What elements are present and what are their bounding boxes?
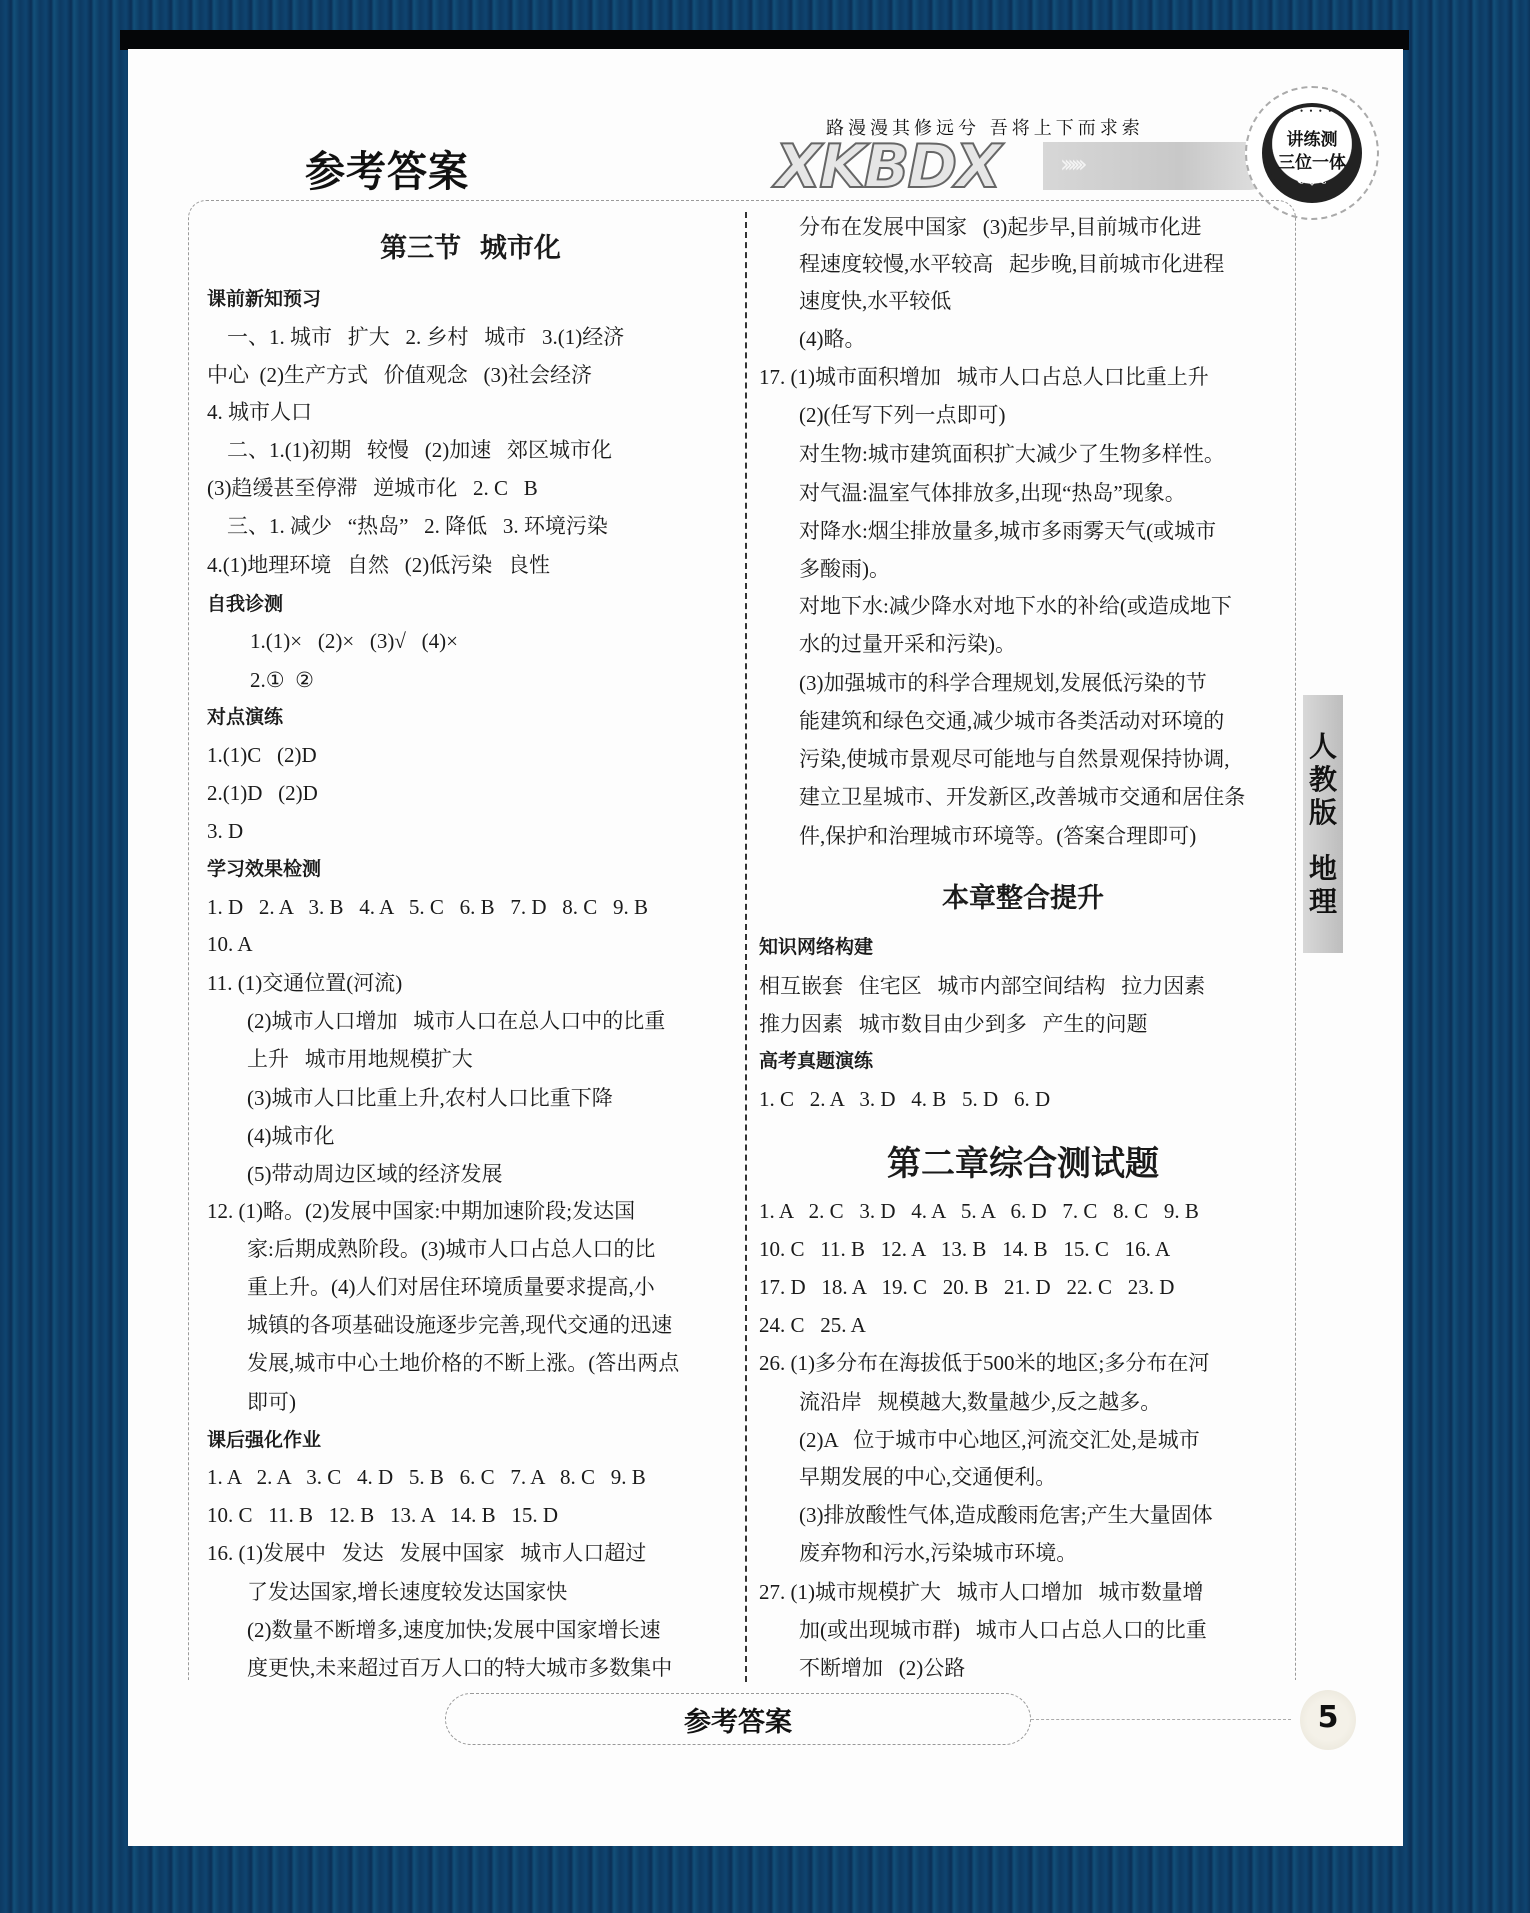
answer-line: 16. (1)发展中 发达 发展中国家 城市人口超过 <box>207 1539 646 1567</box>
answer-line: 度更快,未来超过百万人口的特大城市多数集中 <box>247 1654 672 1682</box>
answer-line: 多酸雨)。 <box>799 555 890 583</box>
page-number: 5 <box>1300 1700 1356 1735</box>
answer-line: 1. C 2. A 3. D 4. B 5. D 6. D <box>759 1085 1050 1113</box>
answer-line: (4)城市化 <box>247 1122 335 1150</box>
column-divider <box>745 212 747 1682</box>
answer-line: 4.(1)地理环境 自然 (2)低污染 良性 <box>207 551 550 579</box>
answer-line: 重上升。(4)人们对居住环境质量要求提高,小 <box>247 1273 655 1301</box>
answer-line: 12. (1)略。(2)发展中国家:中期加速阶段;发达国 <box>207 1197 635 1225</box>
answer-line: 加(或出现城市群) 城市人口占总人口的比重 <box>799 1616 1207 1644</box>
answer-line: 1.(1)× (2)× (3)√ (4)× <box>250 627 458 655</box>
answer-line: 1. A 2. C 3. D 4. A 5. A 6. D 7. C 8. C … <box>759 1197 1199 1225</box>
answer-line: 2.(1)D (2)D <box>207 779 318 807</box>
badge-text-line1: 讲练测 <box>1268 125 1356 150</box>
answer-line: 了发达国家,增长速度较发达国家快 <box>247 1578 567 1606</box>
answer-line: 3. D <box>207 817 243 845</box>
answer-line: 不断增加 (2)公路 <box>799 1654 965 1682</box>
answer-line: 能建筑和绿色交通,减少城市各类活动对环境的 <box>799 707 1224 735</box>
answer-line: (2)数量不断增多,速度加快;发展中国家增长速 <box>247 1616 661 1644</box>
badge-ornament-icon: ❦◇❦ <box>1268 172 1356 189</box>
answer-line: 一、1. 城市 扩大 2. 乡村 城市 3.(1)经济 <box>227 323 624 351</box>
answer-line: 城镇的各项基础设施逐步完善,现代交通的迅速 <box>247 1311 672 1339</box>
header-title: 参考答案 <box>305 139 469 199</box>
answer-line: 对地下水:减少降水对地下水的补给(或造成地下 <box>799 592 1232 620</box>
answer-line: 即可) <box>247 1388 296 1416</box>
answer-line: 中心 (2)生产方式 价值观念 (3)社会经济 <box>207 361 592 389</box>
answer-line: 建立卫星城市、开发新区,改善城市交通和居住条 <box>799 783 1245 811</box>
answer-line: 速度快,水平较低 <box>799 287 951 315</box>
answer-line: 分布在发展中国家 (3)起步早,目前城市化进 <box>799 213 1202 241</box>
chevron-pattern-icon: ›››››› <box>1060 150 1082 178</box>
answer-line: 水的过量开采和污染)。 <box>799 630 1016 658</box>
section-title: 第三节 城市化 <box>207 226 734 265</box>
section-heading: 自我诊测 <box>207 590 283 618</box>
section-heading: 学习效果检测 <box>207 855 321 883</box>
answer-line: 上升 城市用地规模扩大 <box>247 1045 473 1073</box>
answer-line: 早期发展的中心,交通便利。 <box>799 1463 1056 1491</box>
answer-line: 对降水:烟尘排放量多,城市多雨雾天气(或城市 <box>799 517 1216 545</box>
answer-line: (2)城市人口增加 城市人口在总人口中的比重 <box>247 1007 665 1035</box>
answer-line: (3)排放酸性气体,造成酸雨危害;产生大量固体 <box>799 1501 1213 1529</box>
scan-top-edge <box>120 30 1409 50</box>
answer-line: 废弃物和污水,污染城市环境。 <box>799 1539 1077 1567</box>
answer-line: 1.(1)C (2)D <box>207 741 317 769</box>
answer-line: (4)略。 <box>799 325 866 353</box>
answer-line: 件,保护和治理城市环境等。(答案合理即可) <box>799 822 1196 850</box>
answer-line: 对气温:温室气体排放多,出现“热岛”现象。 <box>799 479 1186 507</box>
answer-line: 27. (1)城市规模扩大 城市人口增加 城市数量增 <box>759 1578 1204 1606</box>
section-heading: 知识网络构建 <box>759 933 873 961</box>
section-heading: 课前新知预习 <box>207 285 321 313</box>
chapter-test-title: 第二章综合测试题 <box>759 1136 1287 1185</box>
content-frame <box>188 200 1296 1680</box>
answer-line: 17. (1)城市面积增加 城市人口占总人口比重上升 <box>759 363 1209 391</box>
badge-text-line2: 三位一体 <box>1268 148 1356 173</box>
answer-line: (2)(任写下列一点即可) <box>799 401 1005 429</box>
answer-line: 24. C 25. A <box>759 1311 866 1339</box>
answer-line: 流沿岸 规模越大,数量越少,反之越多。 <box>799 1388 1161 1416</box>
answer-line: 发展,城市中心土地价格的不断上涨。(答出两点 <box>247 1349 679 1377</box>
answer-line: 10. C 11. B 12. B 13. A 14. B 15. D <box>207 1501 558 1529</box>
section-heading: 高考真题演练 <box>759 1047 873 1075</box>
badge-stars-icon: • • • • • <box>1275 106 1349 116</box>
answer-line: 推力因素 城市数目由少到多 产生的问题 <box>759 1010 1148 1038</box>
answer-line: 26. (1)多分布在海拔低于500米的地区;多分布在河 <box>759 1349 1209 1377</box>
answer-line: 2.① ② <box>250 666 314 694</box>
answer-line: (3)加强城市的科学合理规划,发展低污染的节 <box>799 669 1207 697</box>
answer-line: 11. (1)交通位置(河流) <box>207 969 402 997</box>
brand-logo: XKBDX <box>775 132 1000 202</box>
answer-line: 对生物:城市建筑面积扩大减少了生物多样性。 <box>799 440 1225 468</box>
answer-line: 相互嵌套 住宅区 城市内部空间结构 拉力因素 <box>759 972 1205 1000</box>
footer-label: 参考答案 <box>445 1700 1031 1739</box>
answer-line: 三、1. 减少 “热岛” 2. 降低 3. 环境污染 <box>227 512 608 540</box>
answer-line: 家:后期成熟阶段。(3)城市人口占总人口的比 <box>247 1235 655 1263</box>
side-tab-subject: 地理 <box>1303 852 1343 918</box>
answer-line: (2)A 位于城市中心地区,河流交汇处,是城市 <box>799 1426 1200 1454</box>
answer-line: 4. 城市人口 <box>207 398 312 426</box>
answer-line: 二、1.(1)初期 较慢 (2)加速 郊区城市化 <box>227 436 612 464</box>
section-heading: 对点演练 <box>207 703 283 731</box>
answer-line: 1. A 2. A 3. C 4. D 5. B 6. C 7. A 8. C … <box>207 1463 646 1491</box>
answer-line: 10. A <box>207 930 253 958</box>
answer-line: 1. D 2. A 3. B 4. A 5. C 6. B 7. D 8. C … <box>207 893 648 921</box>
chapter-summary-title: 本章整合提升 <box>759 876 1287 915</box>
footer-rule <box>1031 1719 1291 1720</box>
answer-line: (5)带动周边区域的经济发展 <box>247 1160 503 1188</box>
section-heading: 课后强化作业 <box>207 1426 321 1454</box>
answer-line: 10. C 11. B 12. A 13. B 14. B 15. C 16. … <box>759 1235 1170 1263</box>
answer-line: 污染,使城市景观尽可能地与自然景观保持协调, <box>799 745 1230 773</box>
answer-line: (3)趋缓甚至停滞 逆城市化 2. C B <box>207 474 538 502</box>
answer-line: 程速度较慢,水平较高 起步晚,目前城市化进程 <box>799 250 1224 278</box>
answer-line: 17. D 18. A 19. C 20. B 21. D 22. C 23. … <box>759 1273 1174 1301</box>
side-tab-edition: 人教版 <box>1303 730 1343 829</box>
answer-line: (3)城市人口比重上升,农村人口比重下降 <box>247 1084 613 1112</box>
